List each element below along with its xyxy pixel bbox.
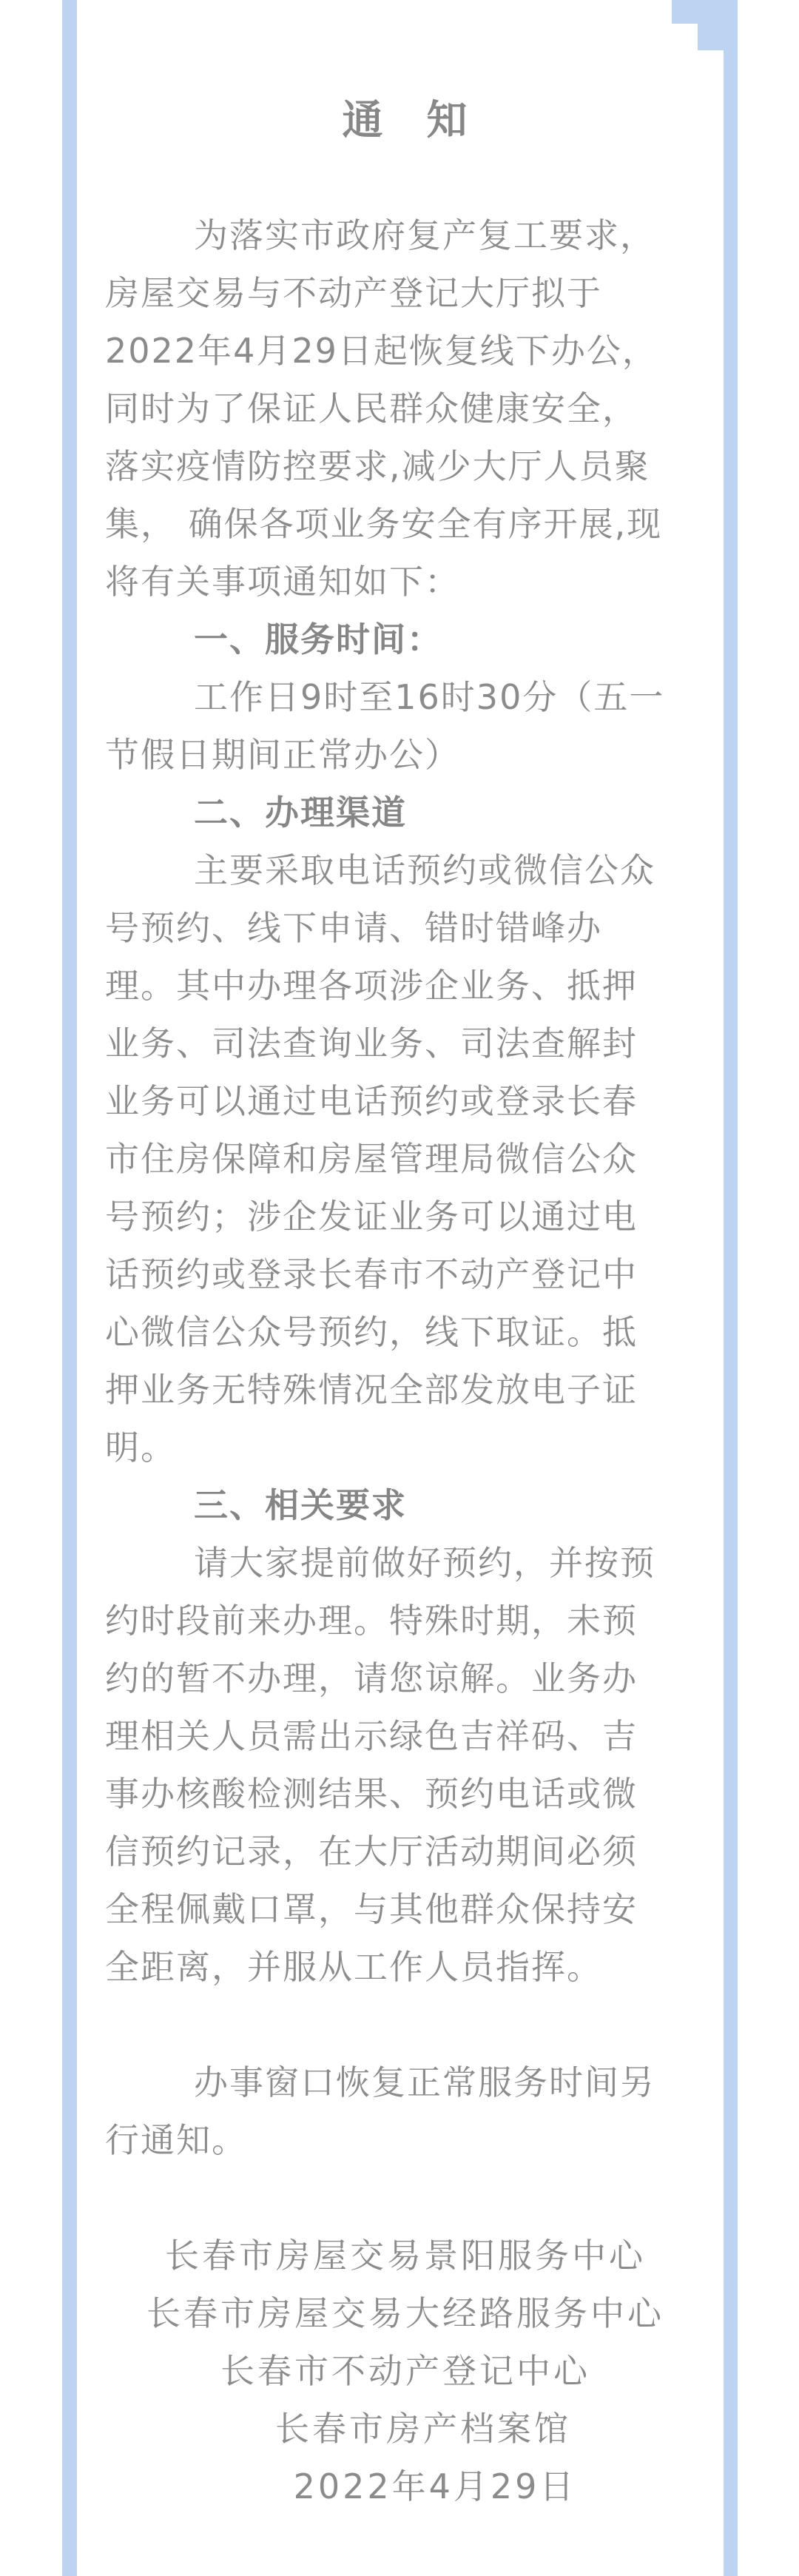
notice-line: 业务、司法查询业务、司法查解封 (105, 1015, 706, 1072)
notice-line: 押业务无特殊情况全部发放电子证 (105, 1361, 706, 1419)
notice-line: 节假日期间正常办公） (105, 726, 706, 784)
notice-line (105, 1996, 706, 2054)
notice-line: 全程佩戴口罩，与其他群众保持安 (105, 1880, 706, 1938)
notice-line: 话预约或登录长春市不动产登记中 (105, 1245, 706, 1303)
notice-line: 长春市不动产登记中心 (105, 2342, 706, 2400)
notice-line: 心微信公众号预约，线下取证。抵 (105, 1303, 706, 1361)
notice-line: 理相关人员需出示绿色吉祥码、吉 (105, 1707, 706, 1765)
notice-line: 业务可以通过电话预约或登录长春 (105, 1072, 706, 1130)
notice-line: 三、相关要求 (105, 1476, 706, 1534)
notice-line: 办事窗口恢复正常服务时间另 (105, 2054, 706, 2111)
corner-step-small (698, 24, 738, 50)
notice-line: 2022年4月29日起恢复线下办公， (105, 322, 706, 380)
notice-line: 全距离，并服从工作人员指挥。 (105, 1938, 706, 1996)
notice-line: 长春市房屋交易景阳服务中心 (105, 2227, 706, 2284)
notice-line: 2022年4月29日 (135, 2458, 735, 2515)
notice-line: 长春市房屋交易大经路服务中心 (105, 2284, 706, 2342)
notice-body: 为落实市政府复产复工要求，房屋交易与不动产登记大厅拟于2022年4月29日起恢复… (105, 206, 706, 2515)
notice-line: 落实疫情防控要求,减少大厅人员聚 (105, 437, 706, 495)
notice-title: 通 知 (105, 91, 706, 149)
notice-line: 信预约记录，在大厅活动期间必须 (105, 1823, 706, 1880)
notice-line: 二、办理渠道 (105, 784, 706, 841)
notice-page: 通 知 为落实市政府复产复工要求，房屋交易与不动产登记大厅拟于2022年4月29… (0, 0, 799, 2576)
notice-line: 行通知。 (105, 2111, 706, 2169)
notice-line: 事办核酸检测结果、预约电话或微 (105, 1765, 706, 1823)
notice-line: 约的暂不办理，请您谅解。业务办 (105, 1649, 706, 1707)
notice-line: 集， 确保各项业务安全有序开展,现 (105, 495, 706, 553)
notice-line: 号预约、线下申请、错时错峰办 (105, 899, 706, 957)
left-accent-bar (62, 0, 77, 2576)
notice-line: 同时为了保证人民群众健康安全， (105, 380, 706, 437)
notice-line: 请大家提前做好预约，并按预 (105, 1534, 706, 1592)
notice-line: 为落实市政府复产复工要求， (105, 206, 706, 264)
notice-line: 将有关事项通知如下： (105, 553, 706, 611)
notice-line: 工作日9时至16时30分（五一 (105, 668, 706, 726)
notice-line (105, 2169, 706, 2227)
notice-line: 理。其中办理各项涉企业务、抵押 (105, 957, 706, 1015)
notice-line: 房屋交易与不动产登记大厅拟于 (105, 264, 706, 322)
corner-step-large (672, 0, 738, 24)
notice-line: 号预约；涉企发证业务可以通过电 (105, 1188, 706, 1245)
notice-line: 市住房保障和房屋管理局微信公众 (105, 1130, 706, 1188)
notice-line: 明。 (105, 1419, 706, 1476)
right-accent-bar (724, 0, 738, 2576)
notice-line: 主要采取电话预约或微信公众 (105, 841, 706, 899)
notice-line: 一、服务时间： (105, 611, 706, 668)
notice-line: 长春市房产档案馆 (123, 2400, 724, 2458)
notice-line: 约时段前来办理。特殊时期，未预 (105, 1592, 706, 1649)
